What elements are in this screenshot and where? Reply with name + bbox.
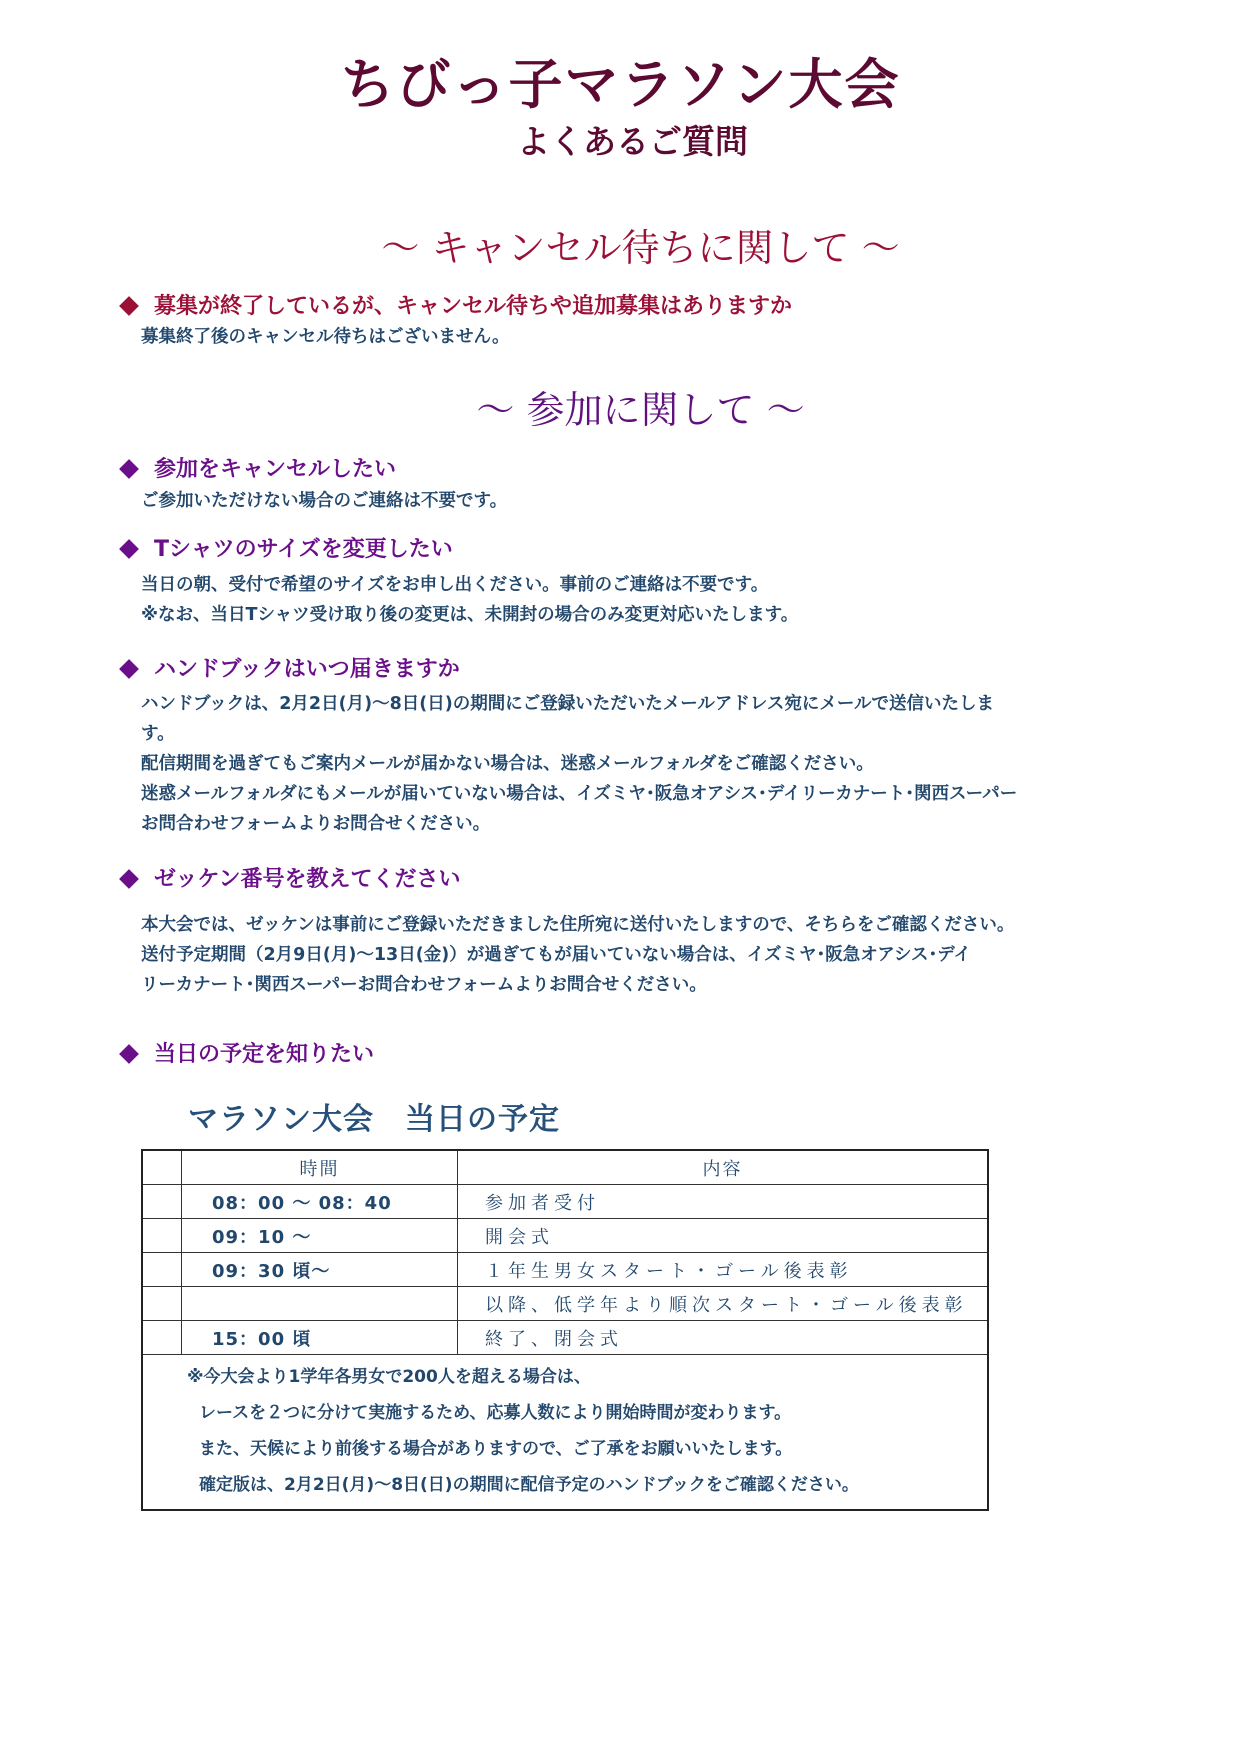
time-cell: 15：00 頃 bbox=[182, 1321, 458, 1355]
blank-cell bbox=[142, 1321, 182, 1355]
content-cell: １年生男女スタート・ゴール後表彰 bbox=[458, 1253, 989, 1287]
time-cell: 09：30 頃～ bbox=[182, 1253, 458, 1287]
diamond-bullet-icon bbox=[119, 659, 139, 679]
notes-row: ※今大会より1学年各男女で200人を超える場合は、 レースを２つに分けて実施する… bbox=[142, 1355, 988, 1511]
diamond-bullet-icon bbox=[119, 539, 139, 559]
page-subtitle: よくあるご質問 bbox=[0, 120, 1241, 164]
faq-question: 募集が終了しているが、キャンセル待ちや追加募集はありますか bbox=[118, 292, 792, 322]
faq-answer: ※なお、当日Tシャツ受け取り後の変更は、未開封の場合のみ変更対応いたします。 bbox=[141, 600, 798, 630]
faq-question: Tシャツのサイズを変更したい bbox=[118, 535, 453, 565]
section-heading-cancel-wait: ～ キャンセル待ちに関して ～ bbox=[0, 224, 1241, 272]
faq-question: 当日の予定を知りたい bbox=[118, 1040, 374, 1070]
diamond-bullet-icon bbox=[119, 459, 139, 479]
header-content: 内容 bbox=[458, 1150, 989, 1185]
faq-question: ゼッケン番号を教えてください bbox=[118, 865, 460, 895]
note-line: 確定版は、2月2日(月)～8日(日)の期間に配信予定のハンドブックをご確認くださ… bbox=[187, 1467, 987, 1503]
faq-answer: ご参加いただけない場合のご連絡は不要です。 bbox=[141, 486, 507, 516]
time-cell bbox=[182, 1287, 458, 1321]
blank-cell bbox=[142, 1287, 182, 1321]
content-cell: 開会式 bbox=[458, 1219, 989, 1253]
table-row: 08：00 ～ 08：40 参加者受付 bbox=[142, 1185, 988, 1219]
page-title: ちびっ子マラソン大会 bbox=[0, 52, 1241, 118]
question-text: ゼッケン番号を教えてください bbox=[154, 867, 460, 892]
diamond-bullet-icon bbox=[119, 1044, 139, 1064]
faq-answer: 当日の朝、受付で希望のサイズをお申し出ください。事前のご連絡は不要です。 bbox=[141, 570, 768, 600]
section-heading-participation: ～ 参加に関して ～ bbox=[0, 386, 1241, 434]
schedule-table: 時間 内容 08：00 ～ 08：40 参加者受付 09：10 ～ 開会式 09… bbox=[141, 1149, 989, 1511]
faq-question: ハンドブックはいつ届きますか bbox=[118, 655, 460, 685]
table-row: 15：00 頃 終了、閉会式 bbox=[142, 1321, 988, 1355]
faq-answer: 募集終了後のキャンセル待ちはございません。 bbox=[141, 322, 510, 352]
schedule-title: マラソン大会 当日の予定 bbox=[188, 1098, 560, 1142]
header-time: 時間 bbox=[182, 1150, 458, 1185]
table-row: 以降、低学年より順次スタート・ゴール後表彰 bbox=[142, 1287, 988, 1321]
question-text: 当日の予定を知りたい bbox=[154, 1042, 374, 1067]
table-row: 09：30 頃～ １年生男女スタート・ゴール後表彰 bbox=[142, 1253, 988, 1287]
table-row: 09：10 ～ 開会式 bbox=[142, 1219, 988, 1253]
note-line: また、天候により前後する場合がありますので、ご了承をお願いいたします。 bbox=[187, 1431, 987, 1467]
faq-answer: 迷惑メールフォルダにもメールが届いていない場合は、イズミヤ･阪急オアシス･デイリ… bbox=[141, 779, 1017, 809]
schedule-notes: ※今大会より1学年各男女で200人を超える場合は、 レースを２つに分けて実施する… bbox=[142, 1355, 988, 1511]
faq-answer: 送付予定期間（2月9日(月)～13日(金)）が過ぎてもが届いていない場合は、イズ… bbox=[141, 940, 971, 970]
faq-answer: ハンドブックは、2月2日(月)～8日(日)の期間にご登録いただいたメールアドレス… bbox=[141, 689, 994, 719]
note-line: レースを２つに分けて実施するため、応募人数により開始時間が変わります。 bbox=[187, 1395, 987, 1431]
question-text: Tシャツのサイズを変更したい bbox=[154, 537, 453, 562]
blank-cell bbox=[142, 1253, 182, 1287]
content-cell: 以降、低学年より順次スタート・ゴール後表彰 bbox=[458, 1287, 989, 1321]
faq-answer: お問合わせフォームよりお問合せください。 bbox=[141, 809, 490, 839]
table-header-row: 時間 内容 bbox=[142, 1150, 988, 1185]
question-text: ハンドブックはいつ届きますか bbox=[154, 657, 460, 682]
blank-cell bbox=[142, 1219, 182, 1253]
faq-page: ちびっ子マラソン大会 よくあるご質問 ～ キャンセル待ちに関して ～ 募集が終了… bbox=[0, 0, 1241, 1755]
diamond-bullet-icon bbox=[119, 869, 139, 889]
time-cell: 09：10 ～ bbox=[182, 1219, 458, 1253]
question-text: 参加をキャンセルしたい bbox=[154, 457, 396, 482]
content-cell: 参加者受付 bbox=[458, 1185, 989, 1219]
time-cell: 08：00 ～ 08：40 bbox=[182, 1185, 458, 1219]
faq-answer: リーカナート･関西スーパーお問合わせフォームよりお問合せください。 bbox=[141, 970, 707, 1000]
content-cell: 終了、閉会式 bbox=[458, 1321, 989, 1355]
faq-question: 参加をキャンセルしたい bbox=[118, 455, 396, 485]
faq-answer: 本大会では、ゼッケンは事前にご登録いただきました住所宛に送付いたしますので、そち… bbox=[141, 910, 1014, 940]
blank-cell bbox=[142, 1150, 182, 1185]
faq-answer: 配信期間を過ぎてもご案内メールが届かない場合は、迷惑メールフォルダをご確認くださ… bbox=[141, 749, 874, 779]
diamond-bullet-icon bbox=[119, 296, 139, 316]
subtitle-text: よくあるご質問 bbox=[517, 122, 748, 161]
question-text: 募集が終了しているが、キャンセル待ちや追加募集はありますか bbox=[154, 294, 792, 319]
faq-answer: す。 bbox=[141, 719, 175, 749]
note-line: ※今大会より1学年各男女で200人を超える場合は、 bbox=[187, 1359, 987, 1395]
blank-cell bbox=[142, 1185, 182, 1219]
